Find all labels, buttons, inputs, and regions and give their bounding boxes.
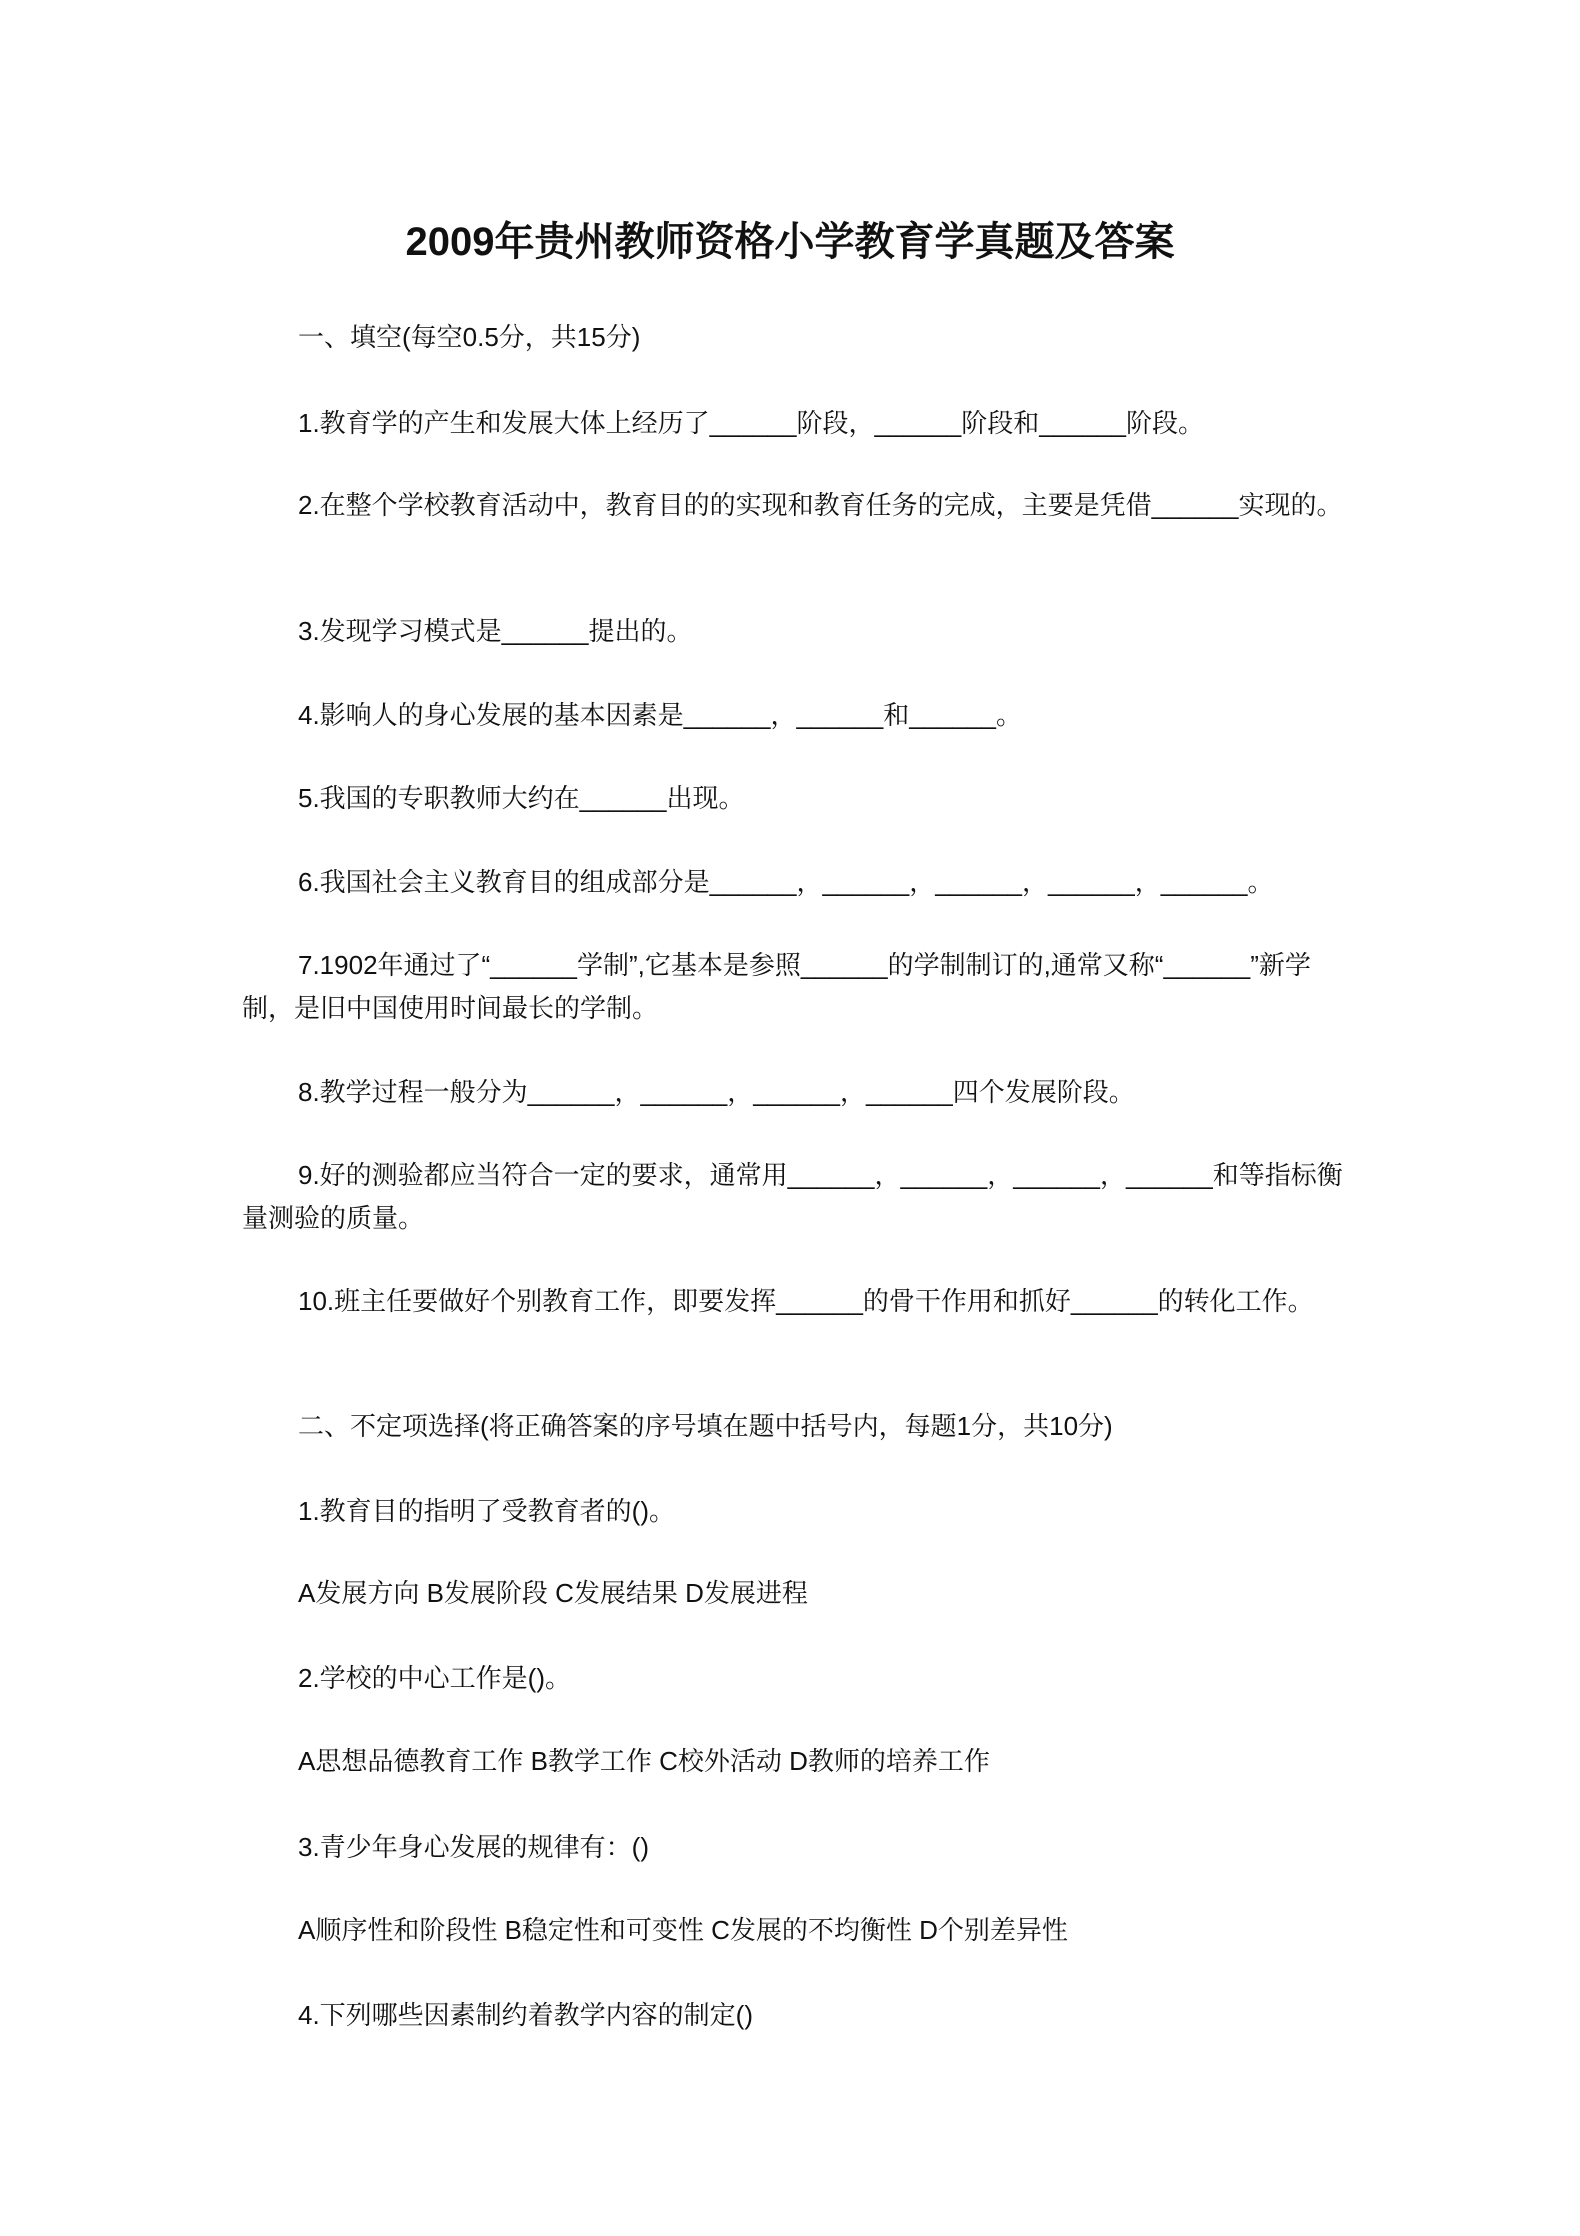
fill-question-5: 5.我国的专职教师大约在______出现。 xyxy=(242,777,1352,820)
choice-options-2: A思想品德教育工作 B教学工作 C校外活动 D教师的培养工作 xyxy=(298,1740,990,1783)
choice-options-3: A顺序性和阶段性 B稳定性和可变性 C发展的不均衡性 D个别差异性 xyxy=(298,1909,1068,1952)
choice-options-1: A发展方向 B发展阶段 C发展结果 D发展进程 xyxy=(298,1572,808,1615)
fill-question-8: 8.教学过程一般分为______，______，______，______四个发… xyxy=(242,1071,1352,1114)
choice-question-2: 2.学校的中心工作是()。 xyxy=(298,1657,571,1700)
fill-question-6: 6.我国社会主义教育目的组成部分是______，______，______，__… xyxy=(242,861,1352,904)
fill-question-10: 10.班主任要做好个别教育工作，即要发挥______的骨干作用和抓好______… xyxy=(242,1280,1352,1323)
fill-question-9: 9.好的测验都应当符合一定的要求，通常用______，______，______… xyxy=(242,1154,1352,1240)
document-title: 2009年贵州教师资格小学教育学真题及答案 xyxy=(0,210,1580,267)
fill-question-4: 4.影响人的身心发展的基本因素是______，______和______。 xyxy=(242,694,1352,737)
fill-question-2: 2.在整个学校教育活动中，教育目的的实现和教育任务的完成，主要是凭借______… xyxy=(242,484,1352,527)
fill-question-7: 7.1902年通过了“______学制”,它基本是参照______的学制制订的,… xyxy=(242,944,1352,1030)
section1-heading: 一、填空(每空0.5分，共15分) xyxy=(298,316,640,359)
section2-heading: 二、不定项选择(将正确答案的序号填在题中括号内，每题1分，共10分) xyxy=(298,1405,1113,1448)
choice-question-3: 3.青少年身心发展的规律有：() xyxy=(298,1826,649,1869)
fill-question-1: 1.教育学的产生和发展大体上经历了______阶段，______阶段和_____… xyxy=(242,402,1352,445)
choice-question-4: 4.下列哪些因素制约着教学内容的制定() xyxy=(298,1994,753,2037)
choice-question-1: 1.教育目的指明了受教育者的()。 xyxy=(298,1490,675,1533)
fill-question-3: 3.发现学习模式是______提出的。 xyxy=(242,610,1352,653)
